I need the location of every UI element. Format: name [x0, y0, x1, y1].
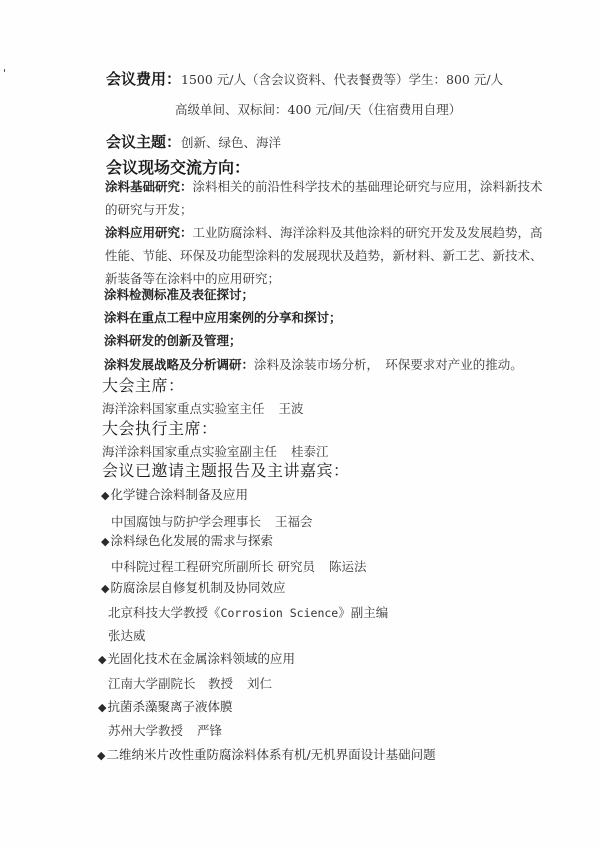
report-speaker: 江南大学副院长 教授刘仁	[108, 674, 272, 692]
diamond-bullet-icon: ◆	[101, 582, 109, 595]
fees-line2: 高级单间、双标间：400 元/间/天（住宿费用自理）	[175, 100, 461, 118]
journal-name: Corrosion Science	[221, 606, 339, 620]
fees-row: 会议费用：1500 元/人（含会议资料、代表餐费等）学生：800 元/人	[106, 68, 503, 89]
report-topic: 防腐涂层自修复机制及协同效应	[110, 580, 285, 595]
report-topic: 二维纳米片改性重防腐涂料体系有机/无机界面设计基础问题	[106, 747, 435, 762]
speaker-name: 严锋	[197, 723, 222, 738]
report-topic: 涂料绿色化发展的需求与探索	[110, 533, 273, 548]
report-item-topic: ◆抗菌杀藻聚离子液体膜	[98, 697, 232, 715]
speaker-name: 刘仁	[247, 676, 272, 691]
speaker-title: 苏州大学教授	[108, 723, 183, 738]
report-topic: 光固化技术在金属涂料领域的应用	[107, 651, 295, 666]
chair-title: 海洋涂料国家重点实验室主任	[102, 401, 265, 416]
direction-item-application: 涂料应用研究：工业防腐涂料、海洋涂料及其他涂料的研究开发及发展趋势，高性能、节能…	[105, 221, 545, 290]
reports-heading: 会议已邀请主题报告及主讲嘉宾：	[102, 458, 350, 481]
speaker-title: 中科院过程工程研究所副所长 研究员	[111, 559, 315, 574]
theme-label: 会议主题：	[106, 133, 181, 151]
report-item-topic: ◆化学键合涂料制备及应用	[101, 485, 248, 503]
fees-line1: 1500 元/人（含会议资料、代表餐费等）学生：800 元/人	[181, 72, 503, 87]
direction-item-innovation: 涂料研发的创新及管理；	[104, 331, 242, 349]
exec-chair-name: 桂泰江	[291, 444, 329, 459]
report-speaker: 北京科技大学教授《Corrosion Science》副主编	[108, 603, 388, 621]
speaker-title-pre: 北京科技大学教授《	[108, 605, 221, 620]
chair-info: 海洋涂料国家重点实验室主任王波	[102, 399, 304, 417]
direction-item-testing: 涂料检测标准及表征探讨；	[104, 285, 254, 303]
chair-name: 王波	[279, 401, 304, 416]
theme-value: 创新、绿色、海洋	[181, 135, 281, 150]
report-item-topic: ◆涂料绿色化发展的需求与探索	[101, 531, 273, 549]
speaker-title: 中国腐蚀与防护学会理事长	[111, 514, 261, 529]
speaker-name: 王福会	[275, 514, 313, 529]
diamond-bullet-icon: ◆	[98, 701, 106, 714]
direction-item-basic: 涂料基础研究：涂料相关的前沿性科学技术的基础理论研究与应用，涂料新技术的研究与开…	[105, 175, 545, 221]
direction-lead: 涂料应用研究：	[105, 225, 193, 240]
theme-row: 会议主题：创新、绿色、海洋	[106, 131, 281, 152]
direction-lead: 涂料发展战略及分析调研：	[104, 357, 254, 372]
report-topic: 抗菌杀藻聚离子液体膜	[107, 699, 232, 714]
speaker-title: 江南大学副院长 教授	[108, 676, 233, 691]
chair-heading: 大会主席：	[102, 373, 185, 396]
diamond-bullet-icon: ◆	[101, 535, 109, 548]
speaker-name: 张达威	[108, 626, 146, 644]
report-speaker: 中国腐蚀与防护学会理事长王福会	[111, 512, 313, 530]
scan-speck	[4, 69, 5, 72]
diamond-bullet-icon: ◆	[101, 489, 109, 502]
fees-label: 会议费用：	[106, 70, 181, 88]
diamond-bullet-icon: ◆	[97, 749, 105, 762]
direction-item-strategy: 涂料发展战略及分析调研：涂料及涂装市场分析， 环保要求对产业的推动。	[104, 354, 523, 373]
report-item-topic: ◆光固化技术在金属涂料领域的应用	[98, 649, 295, 667]
report-speaker: 中科院过程工程研究所副所长 研究员陈运法	[111, 557, 367, 575]
document-page: 会议费用：1500 元/人（含会议资料、代表餐费等）学生：800 元/人 高级单…	[0, 0, 600, 849]
diamond-bullet-icon: ◆	[98, 653, 106, 666]
report-speaker: 苏州大学教授严锋	[108, 721, 222, 739]
direction-item-cases: 涂料在重点工程中应用案例的分享和探讨；	[104, 308, 342, 326]
report-item-topic: ◆二维纳米片改性重防腐涂料体系有机/无机界面设计基础问题	[97, 745, 436, 763]
exec-chair-title: 海洋涂料国家重点实验室副主任	[102, 444, 277, 459]
direction-lead: 涂料基础研究：	[105, 179, 193, 194]
report-topic: 化学键合涂料制备及应用	[110, 487, 248, 502]
direction-text: 涂料及涂装市场分析， 环保要求对产业的推动。	[254, 357, 523, 372]
speaker-name: 陈运法	[329, 559, 367, 574]
exec-chair-heading: 大会执行主席：	[102, 416, 218, 439]
report-item-topic: ◆防腐涂层自修复机制及协同效应	[101, 578, 285, 596]
speaker-title-post: 》副主编	[338, 605, 388, 620]
